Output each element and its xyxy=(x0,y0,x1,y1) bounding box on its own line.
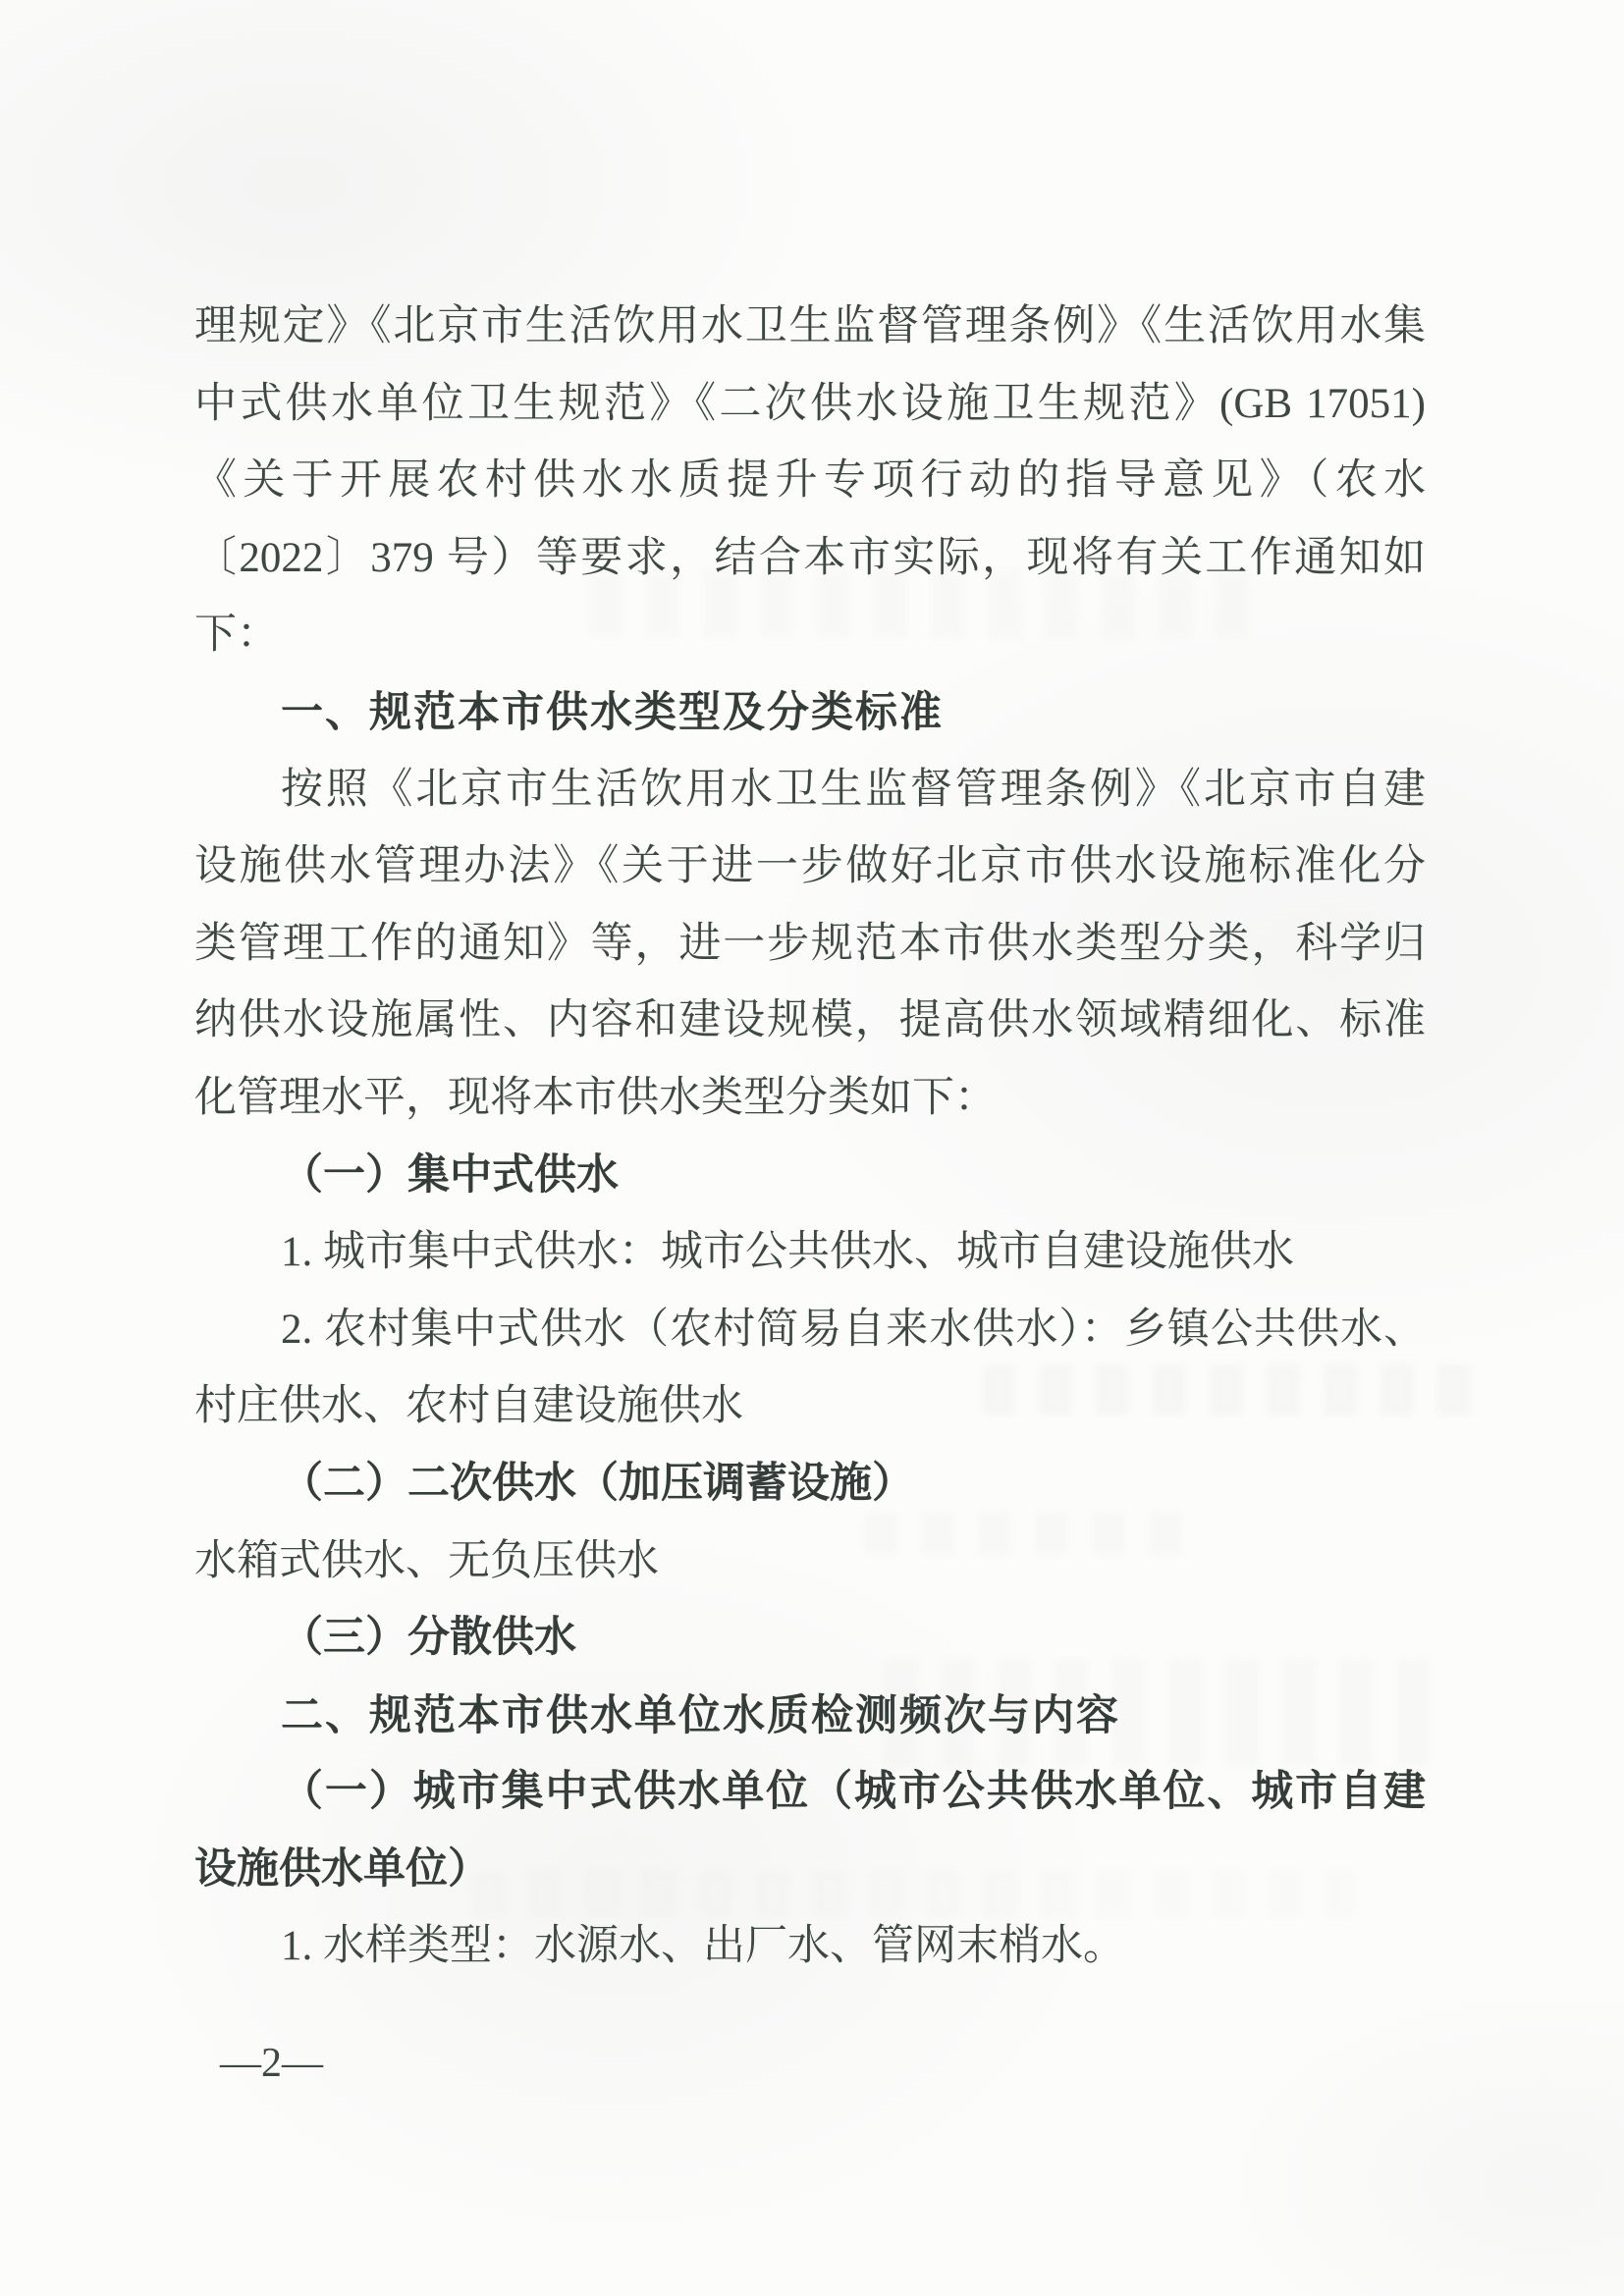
text-line: 《关于开展农村供水水质提升专项行动的指导意见》（农水 xyxy=(194,443,1426,520)
text-line: 设施供水管理办法》《关于进一步做好北京市供水设施标准化分 xyxy=(194,828,1426,906)
document-body: 理规定》《北京市生活饮用水卫生监督管理条例》《生活饮用水集中式供水单位卫生规范》… xyxy=(194,289,1426,1986)
text-line: 二、规范本市供水单位水质检测频次与内容 xyxy=(194,1678,1426,1755)
text-line: 纳供水设施属性、内容和建设规模，提高供水领域精细化、标准 xyxy=(194,983,1426,1060)
scanned-document-page: 理规定》《北京市生活饮用水卫生监督管理条例》《生活饮用水集中式供水单位卫生规范》… xyxy=(0,0,1624,2296)
text-line: 〔2022〕379 号）等要求，结合本市实际，现将有关工作通知如 xyxy=(194,520,1426,598)
text-line: 村庄供水、农村自建设施供水 xyxy=(194,1368,1426,1446)
text-line: 理规定》《北京市生活饮用水卫生监督管理条例》《生活饮用水集 xyxy=(194,289,1426,366)
text-line: 类管理工作的通知》等，进一步规范本市供水类型分类，科学归 xyxy=(194,906,1426,984)
text-line: 按照《北京市生活饮用水卫生监督管理条例》《北京市自建 xyxy=(194,752,1426,829)
text-line: 水箱式供水、无负压供水 xyxy=(194,1523,1426,1601)
page-number: —2— xyxy=(220,2040,323,2087)
text-line: 1. 城市集中式供水：城市公共供水、城市自建设施供水 xyxy=(194,1214,1426,1292)
text-line: （三）分散供水 xyxy=(194,1600,1426,1678)
text-line: 化管理水平，现将本市供水类型分类如下： xyxy=(194,1060,1426,1138)
text-line: 1. 水样类型：水源水、出厂水、管网末梢水。 xyxy=(194,1908,1426,1986)
text-line: 设施供水单位） xyxy=(194,1832,1426,1909)
text-line: 一、规范本市供水类型及分类标准 xyxy=(194,674,1426,752)
text-line: 2. 农村集中式供水（农村简易自来水供水）：乡镇公共供水、 xyxy=(194,1292,1426,1369)
text-line: （一）集中式供水 xyxy=(194,1138,1426,1215)
text-line: （一）城市集中式供水单位（城市公共供水单位、城市自建 xyxy=(194,1754,1426,1832)
text-line: 下： xyxy=(194,597,1426,674)
text-line: （二）二次供水（加压调蓄设施） xyxy=(194,1446,1426,1523)
text-line: 中式供水单位卫生规范》《二次供水设施卫生规范》(GB 17051) xyxy=(194,366,1426,444)
